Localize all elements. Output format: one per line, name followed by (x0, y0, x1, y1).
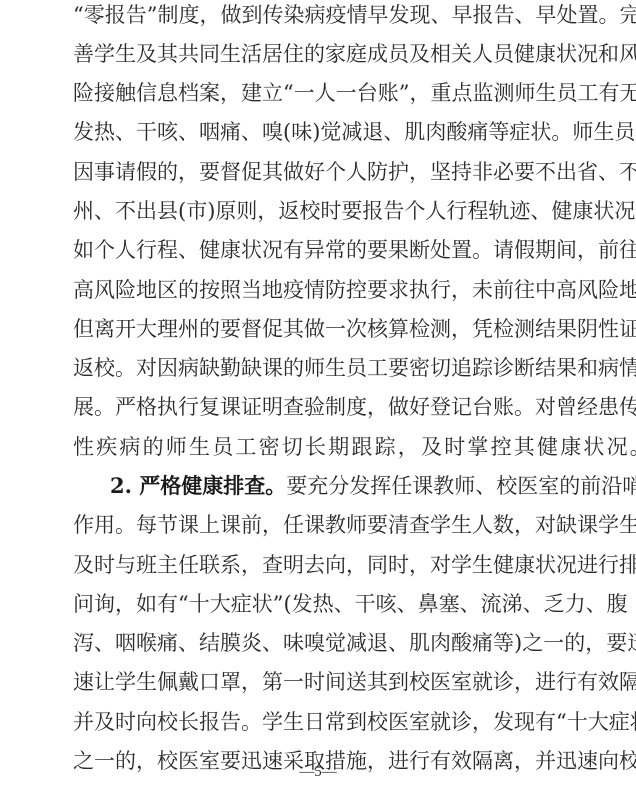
paragraph-line: 泻、咽喉痛、结膜炎、味嗅觉减退、肌肉酸痛等)之一的，要迅 (73, 628, 587, 658)
paragraph-line: 展。严格执行复课证明查验制度，做好登记台账。对曾经患传染 (73, 392, 587, 422)
paragraph-line: 并及时向校长报告。学生日常到校医室就诊，发现有“十大症状” (73, 707, 587, 737)
section-heading-line: 2. 严格健康排查。要充分发挥任课教师、校医室的前沿哨点 (110, 471, 587, 501)
paragraph-line: 如个人行程、健康状况有异常的要果断处置。请假期间，前往中 (73, 235, 587, 265)
document-page: “零报告”制度，做到传染病疫情早发现、早报告、早处置。完 善学生及其共同生活居住… (0, 0, 636, 800)
paragraph-line: 州、不出县(市)原则，返校时要报告个人行程轨迹、健康状况， (73, 196, 587, 226)
paragraph-line: 善学生及其共同生活居住的家庭成员及相关人员健康状况和风 (73, 39, 587, 69)
section-heading: 2. 严格健康排查。 (110, 473, 286, 498)
page-number: —5— (0, 760, 636, 784)
section-heading-rest: 要充分发挥任课教师、校医室的前沿哨点 (286, 474, 636, 498)
paragraph-line: 但离开大理州的要督促其做一次核算检测，凭检测结果阴性证明 (73, 314, 587, 344)
paragraph-line: 作用。每节课上课前，任课教师要清查学生人数，对缺课学生要 (73, 510, 587, 540)
paragraph-line: 高风险地区的按照当地疫情防控要求执行，未前往中高风险地区 (73, 275, 587, 305)
paragraph-line: 速让学生佩戴口罩，第一时间送其到校医室就诊，进行有效隔离， (73, 667, 587, 697)
paragraph-line: 性疾病的师生员工密切长期跟踪，及时掌控其健康状况。 (73, 432, 587, 462)
paragraph-line: 发热、干咳、咽痛、嗅(味)觉减退、肌肉酸痛等症状。师生员工 (73, 117, 587, 147)
paragraph-line: 及时与班主任联系，查明去向，同时，对学生健康状况进行排查 (73, 550, 587, 580)
paragraph-line: 问询，如有“十大症状”(发热、干咳、鼻塞、流涕、乏力、腹 (73, 589, 587, 619)
paragraph-line: 因事请假的，要督促其做好个人防护，坚持非必要不出省、不出 (73, 157, 587, 187)
paragraph-line: 险接触信息档案，建立“一人一台账”，重点监测师生员工有无 (73, 78, 587, 108)
paragraph-line: “零报告”制度，做到传染病疫情早发现、早报告、早处置。完 (73, 0, 587, 30)
paragraph-line: 返校。对因病缺勤缺课的师生员工要密切追踪诊断结果和病情进 (73, 353, 587, 383)
